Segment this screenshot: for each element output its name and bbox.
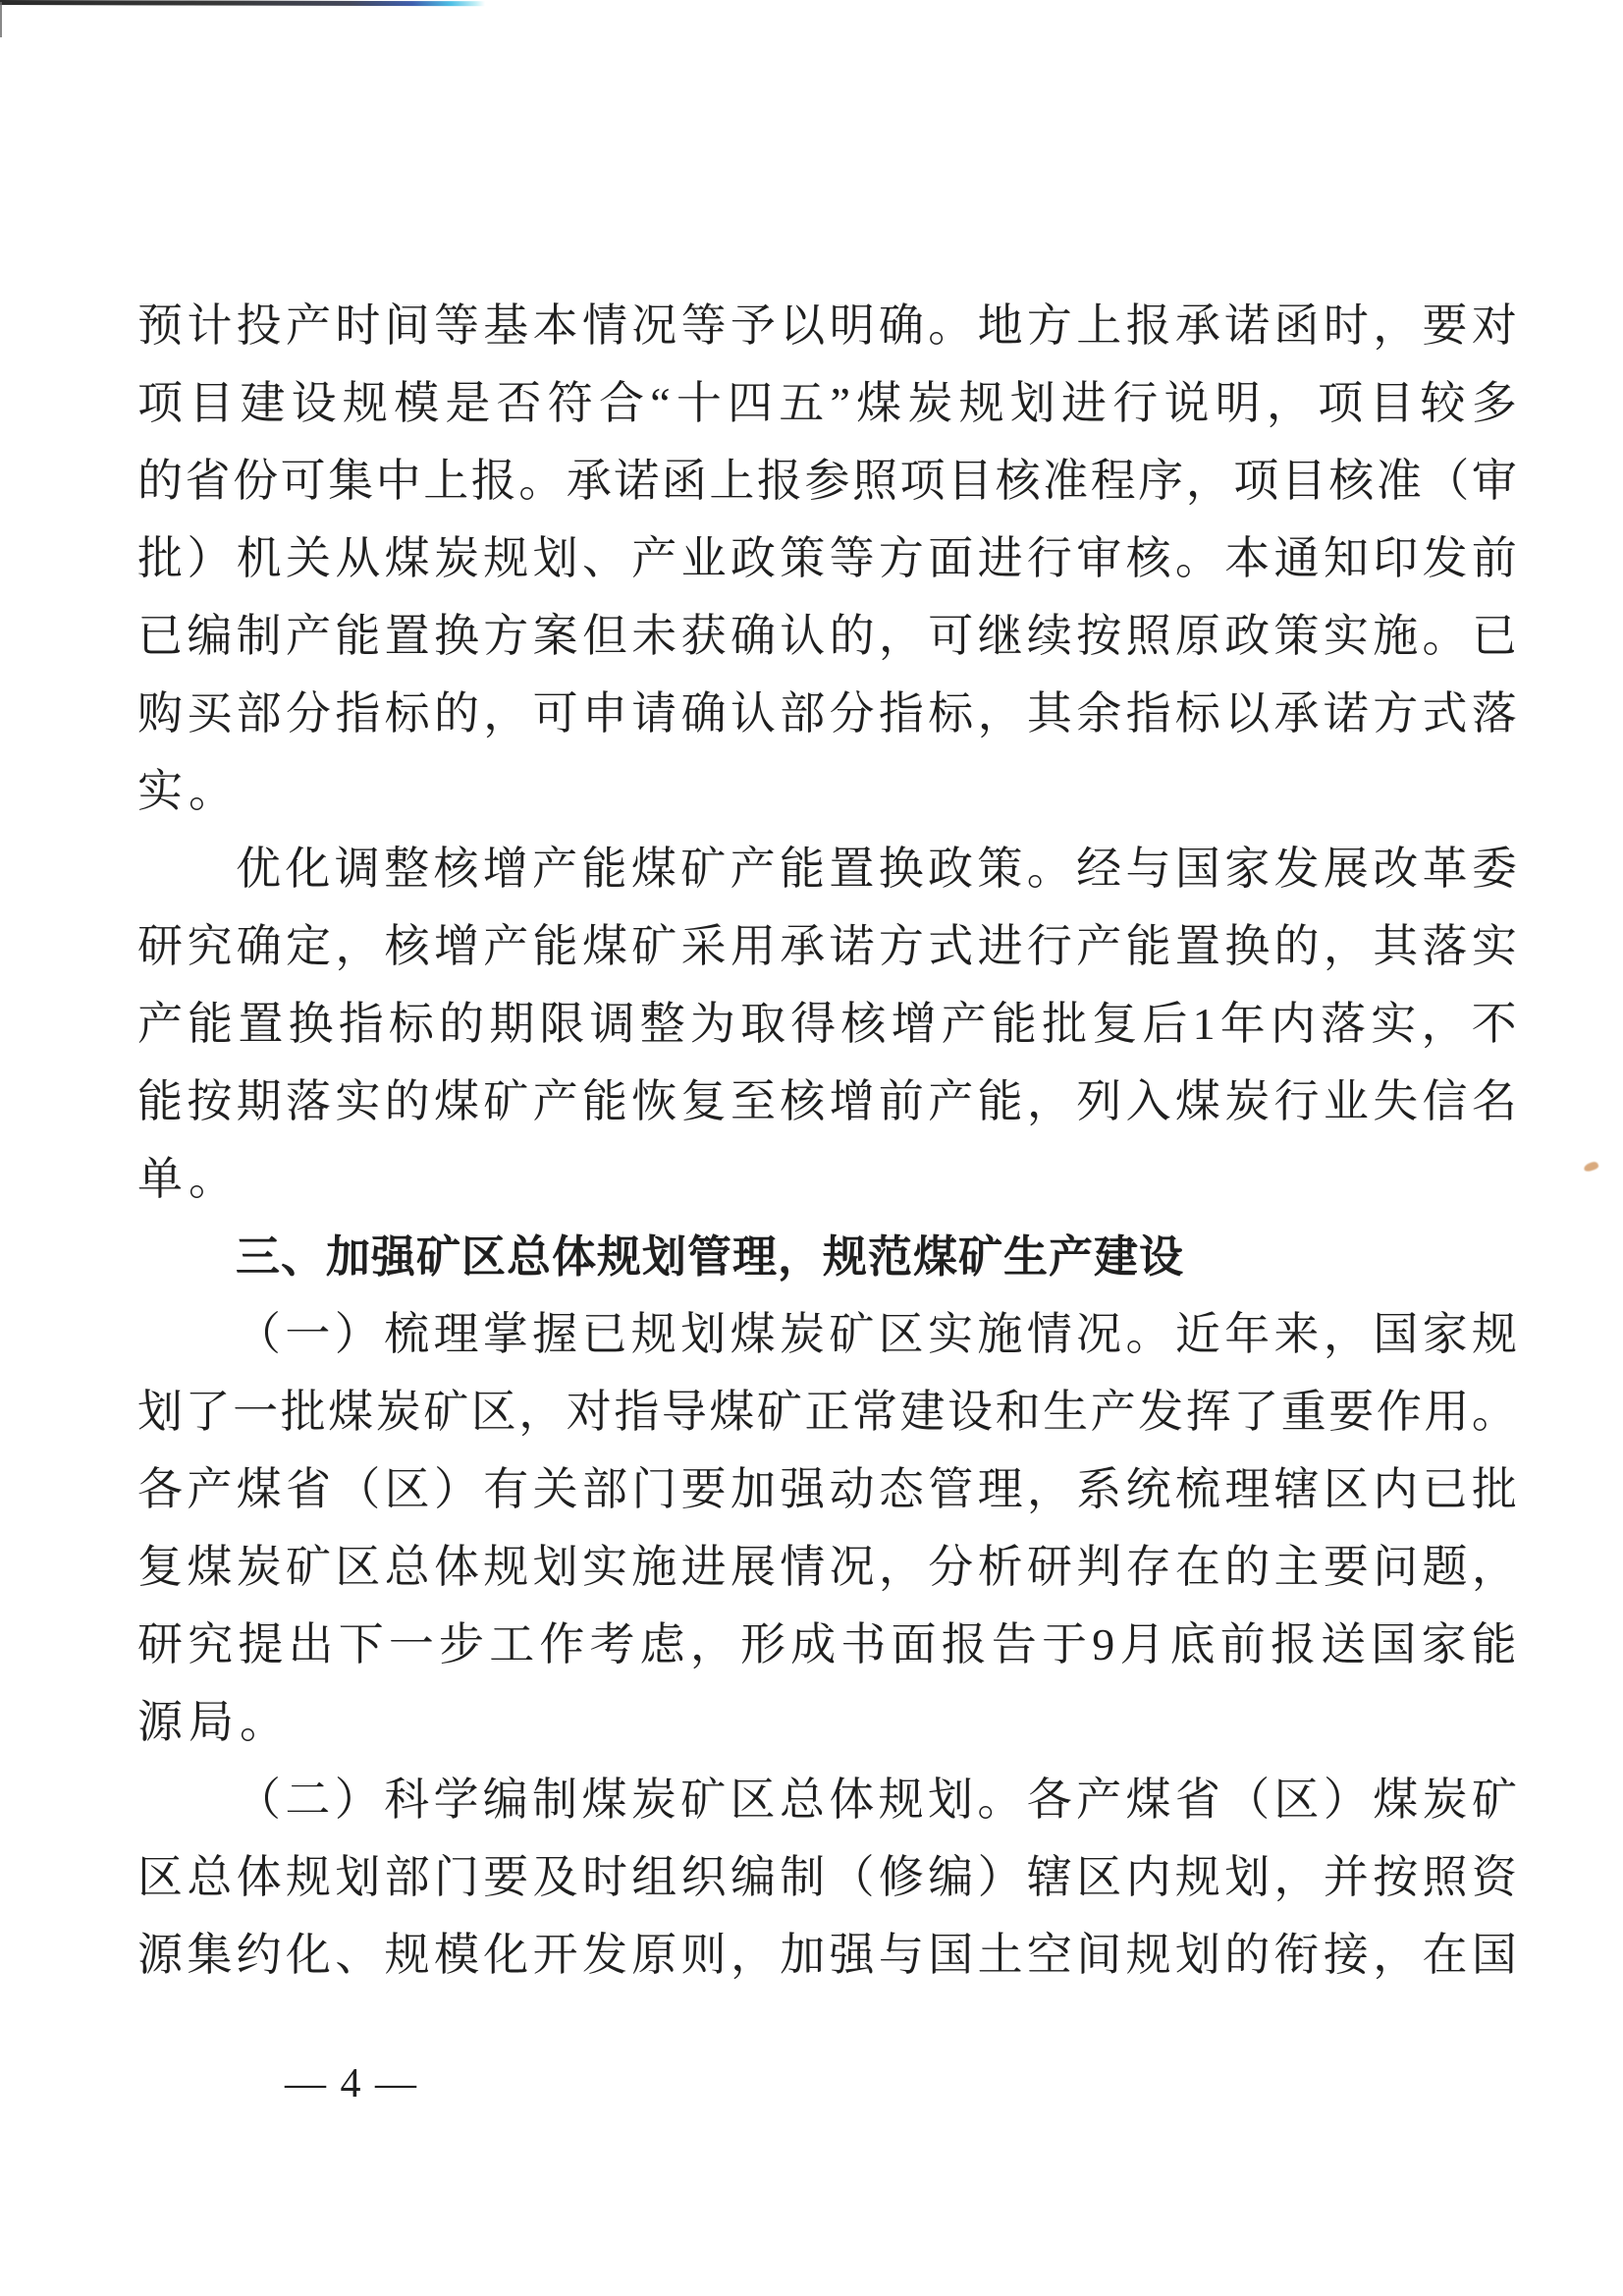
section-heading: 三、加强矿区总体规划管理，规范煤矿生产建设	[236, 1218, 1517, 1295]
text-line: 的省份可集中上报。承诺函上报参照项目核准程序，项目核准（审	[137, 442, 1517, 519]
text-line: 优化调整核增产能煤矿产能置换政策。经与国家发展改革委	[236, 830, 1517, 907]
text-line: 源集约化、规模化开发原则，加强与国土空间规划的衔接，在国	[137, 1916, 1517, 1994]
text-line: 单。	[137, 1140, 1517, 1218]
scan-smudge-mark	[1583, 1161, 1599, 1173]
text-line: 购买部分指标的，可申请确认部分指标，其余指标以承诺方式落	[137, 675, 1517, 752]
text-line: 产能置换指标的期限调整为取得核增产能批复后1年内落实，不	[137, 985, 1517, 1063]
scan-artifact-left-edge	[0, 2, 2, 37]
text-line: 划了一批煤炭矿区，对指导煤矿正常建设和生产发挥了重要作用。	[137, 1373, 1517, 1450]
page-number: — 4 —	[285, 2062, 418, 2105]
text-line: 各产煤省（区）有关部门要加强动态管理，系统梳理辖区内已批	[137, 1450, 1517, 1528]
text-line: 已编制产能置换方案但未获确认的，可继续按照原政策实施。已	[137, 597, 1517, 675]
scan-artifact-top-line	[0, 0, 485, 6]
text-line: 实。	[137, 752, 1517, 830]
text-line: 能按期落实的煤矿产能恢复至核增前产能，列入煤炭行业失信名	[137, 1063, 1517, 1140]
text-line: 项目建设规模是否符合“十四五”煤炭规划进行说明，项目较多	[137, 364, 1517, 442]
text-line: （二）科学编制煤炭矿区总体规划。各产煤省（区）煤炭矿	[236, 1761, 1517, 1838]
text-line: 预计投产时间等基本情况等予以明确。地方上报承诺函时，要对	[137, 287, 1517, 364]
text-line: （一）梳理掌握已规划煤炭矿区实施情况。近年来，国家规	[236, 1295, 1517, 1373]
text-line: 区总体规划部门要及时组织编制（修编）辖区内规划，并按照资	[137, 1838, 1517, 1916]
text-block: 预计投产时间等基本情况等予以明确。地方上报承诺函时，要对项目建设规模是否符合“十…	[137, 287, 1517, 1994]
text-line: 批）机关从煤炭规划、产业政策等方面进行审核。本通知印发前	[137, 519, 1517, 597]
text-line: 源局。	[137, 1683, 1517, 1761]
text-line: 复煤炭矿区总体规划实施进展情况，分析研判存在的主要问题，	[137, 1528, 1517, 1606]
text-line: 研究确定，核增产能煤矿采用承诺方式进行产能置换的，其落实	[137, 907, 1517, 985]
document-page: 预计投产时间等基本情况等予以明确。地方上报承诺函时，要对项目建设规模是否符合“十…	[0, 0, 1623, 2296]
text-line: 研究提出下一步工作考虑，形成书面报告于9月底前报送国家能	[137, 1606, 1517, 1683]
